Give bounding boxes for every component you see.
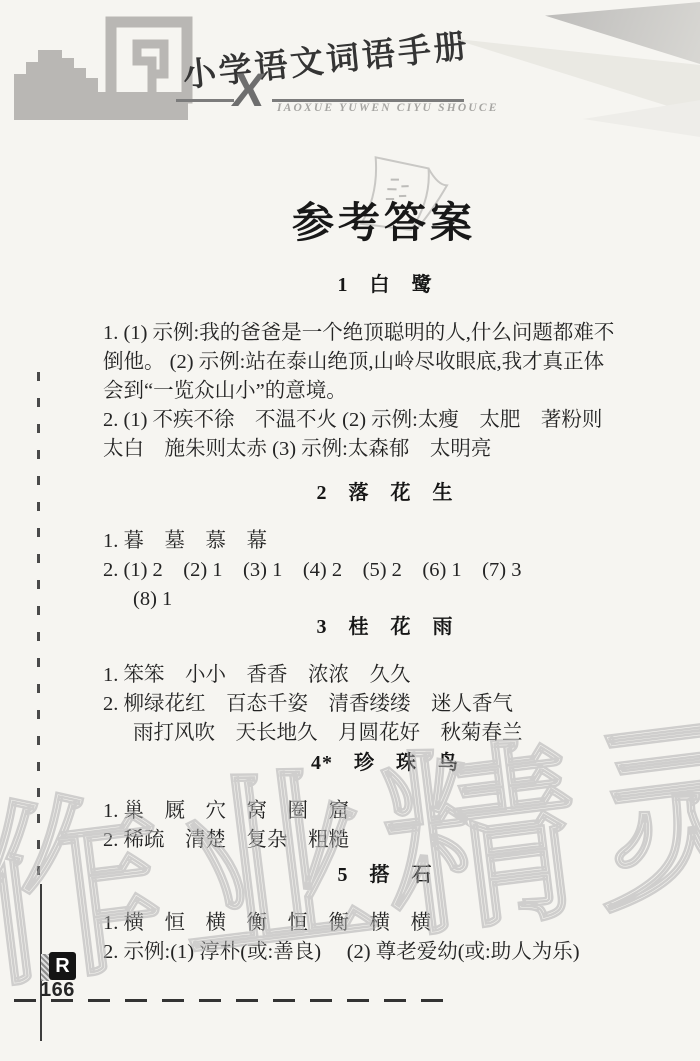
header-rule-left <box>176 99 234 102</box>
answer-line: 1. 笨笨 小小 香香 浓浓 久久 <box>103 661 667 690</box>
section-heading: 5 搭 石 <box>103 858 667 887</box>
answer-line: 1. 巢 厩 穴 窝 圈 窟 <box>103 797 667 826</box>
answer-line: 太白 施朱则太赤 (3) 示例:太森郁 太明亮 <box>103 435 667 464</box>
section-bailu: 1 白 鹭 1. (1) 示例:我的爸爸是一个绝顶聪明的人,什么问题都难不 倒他… <box>103 268 667 464</box>
answer-line: 1. 横 恒 横 衡 恒 衡 横 横 <box>103 909 667 938</box>
answer-line: 雨打风吹 天长地久 月圆花好 秋菊春兰 <box>103 719 667 748</box>
big-x-letter: X <box>229 62 268 117</box>
section-guihuayu: 3 桂 花 雨 1. 笨笨 小小 香香 浓浓 久久 2. 柳绿花红 百态千姿 清… <box>103 610 667 748</box>
section-heading: 4* 珍 珠 鸟 <box>103 746 667 775</box>
left-dashed-margin-line <box>37 372 40 877</box>
answer-line: 倒他。 (2) 示例:站在泰山绝顶,山岭尽收眼底,我才真正体 <box>103 348 667 377</box>
edition-badge-hatch <box>41 954 49 981</box>
edition-badge: R <box>49 952 76 980</box>
page-number: 166 <box>40 979 75 1002</box>
section-heading: 1 白 鹭 <box>103 268 667 297</box>
bottom-dashed-line <box>14 999 456 1002</box>
answer-line: 2. 柳绿花红 百态千姿 清香缕缕 迷人香气 <box>103 690 667 719</box>
page-title: 参考答案 <box>103 190 665 250</box>
answer-line: 2. 稀疏 清楚 复杂 粗糙 <box>103 826 667 855</box>
book-subtitle: IAOXUE YUWEN CIYU SHOUCE <box>277 102 497 114</box>
answer-line: 2. (1) 不疾不徐 不温不火 (2) 示例:太瘦 太肥 著粉则 <box>103 406 667 435</box>
section-heading: 2 落 花 生 <box>103 476 667 505</box>
answer-line: 2. 示例:(1) 淳朴(或:善良) (2) 尊老爱幼(或:助人为乐) <box>103 938 667 967</box>
answer-line: 会到“一览众山小”的意境。 <box>103 377 667 406</box>
answer-line: 1. (1) 示例:我的爸爸是一个绝顶聪明的人,什么问题都难不 <box>103 319 667 348</box>
section-heading: 3 桂 花 雨 <box>103 610 667 639</box>
answer-line: 2. (1) 2 (2) 1 (3) 1 (4) 2 (5) 2 (6) 1 (… <box>103 556 667 585</box>
answer-line: 1. 暮 墓 慕 幕 <box>103 527 667 556</box>
section-luohuasheng: 2 落 花 生 1. 暮 墓 慕 幕 2. (1) 2 (2) 1 (3) 1 … <box>103 476 667 614</box>
spiral-logo-inner <box>137 44 164 98</box>
section-zhenzhuniao: 4* 珍 珠 鸟 1. 巢 厩 穴 窝 圈 窟 2. 稀疏 清楚 复杂 粗糙 <box>103 746 667 855</box>
section-dashi: 5 搭 石 1. 横 恒 横 衡 恒 衡 横 横 2. 示例:(1) 淳朴(或:… <box>103 858 667 967</box>
